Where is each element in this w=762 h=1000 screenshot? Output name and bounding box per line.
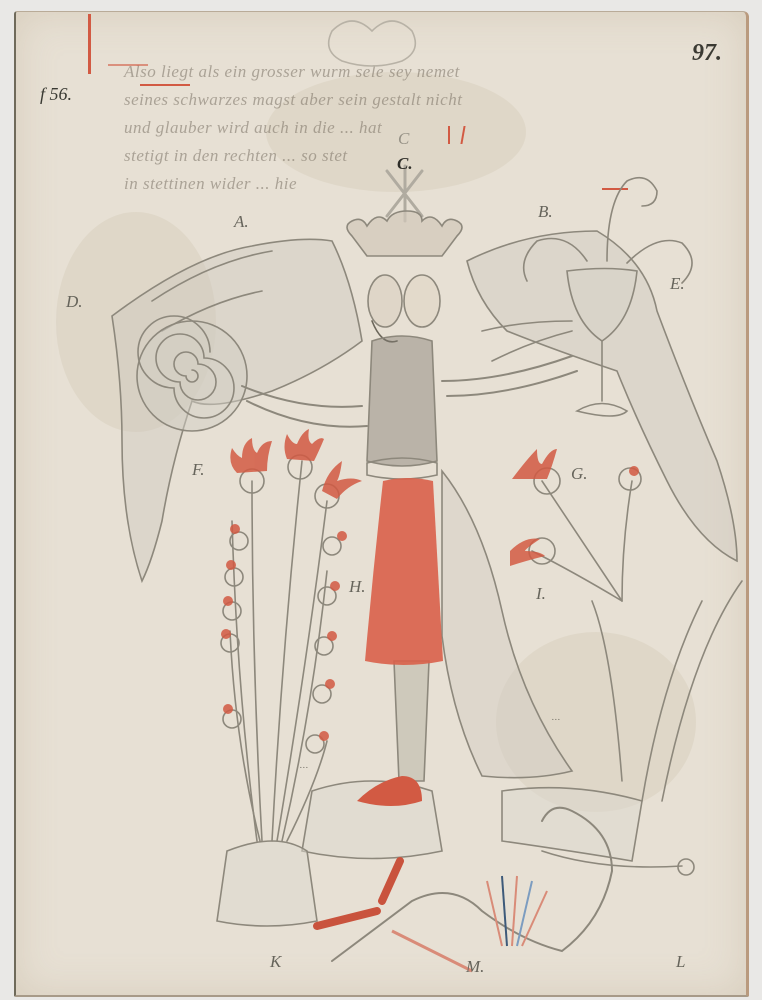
label-c: C. [397, 154, 413, 174]
manuscript-page: 97. f 56. Also liegt als ein grosser wur… [14, 11, 749, 997]
label-k: K [270, 952, 281, 972]
alchemical-illustration [16, 12, 746, 995]
label-b: B. [538, 202, 553, 222]
label-l: L [676, 952, 685, 972]
label-g: G. [571, 464, 588, 484]
label-m: M. [466, 957, 484, 977]
small-caption-left: … [300, 760, 308, 770]
label-a: A. [234, 212, 249, 232]
label-c-upper: C [398, 129, 409, 149]
label-d: D. [66, 292, 83, 312]
label-i: I. [536, 584, 546, 604]
label-f: F. [192, 460, 204, 480]
flowering-plant-left [221, 455, 341, 841]
crown-icon [347, 211, 462, 256]
red-robe [365, 478, 443, 665]
two-heads-icon [368, 275, 440, 342]
label-e: E. [670, 274, 685, 294]
label-h: H. [349, 577, 366, 597]
small-caption-right: … [552, 712, 560, 722]
colored-wing-feathers [487, 876, 547, 946]
